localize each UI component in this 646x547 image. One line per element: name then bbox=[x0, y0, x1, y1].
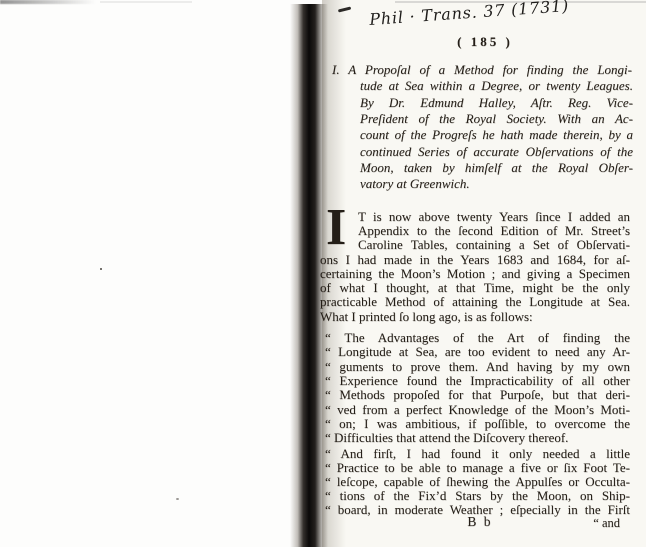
body-text-line: ons I had made in the Years 1683 and 168… bbox=[320, 253, 630, 267]
signature-mark: B b bbox=[450, 514, 510, 530]
article-title-line: continued Series of accurate Obſervation… bbox=[360, 144, 633, 160]
quote-text-line: “ Methods propoſed for that Purpoſe, but… bbox=[325, 388, 630, 402]
quote-text-line: “ guments to prove them. And having by m… bbox=[325, 360, 630, 374]
article-title-line: Preſident of the Royal Society. With an … bbox=[360, 111, 633, 127]
scan-edge-line bbox=[100, 1, 192, 3]
scanned-document: Phil · Trans. 37 (1731) ( 185 ) I. A Pro… bbox=[0, 0, 646, 547]
body-text-line: practicable Method of attaining the Long… bbox=[320, 295, 630, 309]
quote-text-line: “ Longitude at Sea, are too evident to n… bbox=[325, 345, 630, 359]
dust-speck bbox=[176, 498, 179, 500]
body-paragraph-indented-lines: T is now above twenty Years ſince I adde… bbox=[358, 210, 630, 253]
body-paragraph-lines: ons I had made in the Years 1683 and 168… bbox=[320, 253, 630, 324]
body-text-line: Appendix to the ſecond Edition of Mr. St… bbox=[358, 224, 630, 238]
scan-edge-smudge bbox=[0, 0, 96, 4]
article-title-line: Moon, taken by himſelf at the Royal Obſe… bbox=[360, 160, 633, 176]
body-text-line: certaining the Moon’s Motion ; and givin… bbox=[320, 267, 630, 281]
body-text-line: Caroline Tables, containing a Set of Obſ… bbox=[358, 238, 630, 252]
dust-speck bbox=[100, 268, 102, 270]
drop-cap-initial: I bbox=[326, 208, 346, 248]
quote-text-line: “ Experience found the Impracticability … bbox=[325, 374, 630, 388]
quote-text-line: “ on; I was ambitious, if poſſible, to o… bbox=[325, 417, 630, 431]
page-number: ( 185 ) bbox=[425, 34, 545, 50]
article-title-line: vatory at Greenwich. bbox=[360, 176, 633, 192]
article-title-line: By Dr. Edmund Halley, Aſtr. Reg. Vice- bbox=[360, 95, 633, 111]
quoted-paragraph-1: “ The Advantages of the Art of finding t… bbox=[325, 331, 630, 446]
article-title-first-line: I. A Propoſal of a Method for finding th… bbox=[332, 62, 632, 78]
article-title-line: tude at Sea within a Degree, or twenty L… bbox=[360, 78, 633, 94]
quote-text-line: “ The Advantages of the Art of finding t… bbox=[325, 331, 630, 345]
article-title-lines: tude at Sea within a Degree, or twenty L… bbox=[360, 78, 633, 192]
catchword: “ and bbox=[570, 516, 620, 531]
quote-text-line: “ And firſt, I had found it only needed … bbox=[325, 447, 630, 461]
left-blank-page bbox=[0, 0, 322, 547]
quoted-paragraph-2: “ And firſt, I had found it only needed … bbox=[325, 447, 630, 517]
quote-text-line: “ leſcope, capable of ſhewing the Appulſ… bbox=[325, 475, 630, 489]
quote-text-line: “ Practice to be able to manage a five o… bbox=[325, 461, 630, 475]
quote-text-line: “ tions of the Fix’d Stars by the Moon, … bbox=[325, 489, 630, 503]
quote-text-line: “ Difficulties that attend the Diſcovery… bbox=[325, 431, 630, 445]
quote-text-line: “ ved from a perfect Knowledge of the Mo… bbox=[325, 403, 630, 417]
body-text-line: of what I thought, at that Time, might b… bbox=[320, 281, 630, 295]
body-text-line: T is now above twenty Years ſince I adde… bbox=[358, 210, 630, 224]
body-text-line: What I printed ſo long ago, is as follow… bbox=[320, 310, 630, 324]
article-title-line: count of the Progreſs he hath made there… bbox=[360, 127, 633, 143]
